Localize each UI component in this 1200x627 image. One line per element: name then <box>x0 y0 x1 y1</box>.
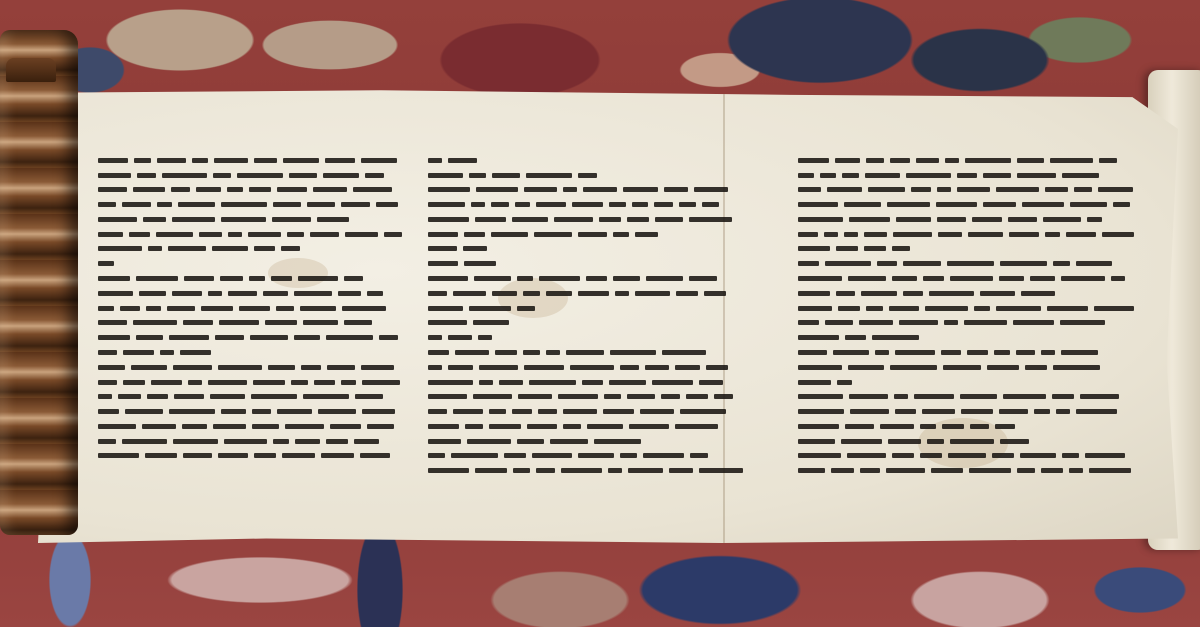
ink-word <box>1017 158 1044 163</box>
ink-word <box>98 453 139 458</box>
ink-word <box>479 365 518 370</box>
text-line <box>98 173 408 178</box>
ink-word <box>171 187 190 192</box>
ink-word <box>344 320 372 325</box>
ink-word <box>798 409 844 414</box>
text-line <box>798 454 1138 459</box>
ink-word <box>587 424 623 429</box>
text-line <box>798 468 1138 473</box>
ink-word <box>98 276 130 281</box>
ink-word <box>303 320 338 325</box>
ink-word <box>513 468 530 473</box>
ink-word <box>428 453 445 458</box>
ink-word <box>133 187 165 192</box>
ink-word <box>842 173 859 178</box>
ink-word <box>523 291 540 296</box>
ink-word <box>129 232 150 237</box>
ink-word <box>98 320 127 325</box>
ink-word <box>603 409 634 414</box>
ink-word <box>572 202 603 207</box>
ink-word <box>285 424 324 429</box>
text-line <box>428 158 748 163</box>
ink-word <box>428 217 469 222</box>
ink-word <box>367 291 383 296</box>
ink-word <box>301 365 321 370</box>
ink-word <box>214 158 248 163</box>
ink-word <box>1061 350 1098 355</box>
ink-word <box>920 453 942 458</box>
text-line <box>98 158 408 163</box>
ink-word <box>123 350 154 355</box>
ink-word <box>448 335 472 340</box>
text-line <box>428 188 748 193</box>
ink-word <box>512 217 548 222</box>
ink-word <box>379 335 398 340</box>
ink-word <box>848 276 886 281</box>
ink-word <box>699 468 743 473</box>
text-line <box>798 291 1138 296</box>
ink-word <box>903 291 923 296</box>
ink-word <box>489 409 506 414</box>
ink-word <box>345 232 378 237</box>
ink-word <box>353 187 392 192</box>
ink-word <box>361 365 394 370</box>
ink-word <box>220 276 243 281</box>
ink-word <box>798 276 842 281</box>
ink-word <box>344 276 363 281</box>
ink-word <box>1076 261 1112 266</box>
text-line <box>428 350 748 355</box>
ink-word <box>866 306 883 311</box>
ink-word <box>920 424 936 429</box>
ink-word <box>689 217 732 222</box>
ink-word <box>98 217 137 222</box>
ink-word <box>892 276 917 281</box>
ink-word <box>680 409 726 414</box>
text-column-1 <box>98 158 408 468</box>
text-line <box>428 395 748 400</box>
ink-word <box>652 380 693 385</box>
ink-word <box>157 158 186 163</box>
ink-word <box>448 365 473 370</box>
ink-word <box>1045 232 1060 237</box>
ink-word <box>960 394 997 399</box>
text-line <box>798 321 1138 326</box>
ink-word <box>968 232 1003 237</box>
ink-word <box>342 306 386 311</box>
ink-word <box>98 187 127 192</box>
ink-word <box>98 291 133 296</box>
ink-word <box>184 276 214 281</box>
ink-word <box>608 468 622 473</box>
ink-word <box>675 365 700 370</box>
ink-word <box>178 202 215 207</box>
ink-word <box>168 246 206 251</box>
text-line <box>798 202 1138 207</box>
ink-word <box>957 173 977 178</box>
ink-word <box>272 217 311 222</box>
ink-word <box>1094 306 1134 311</box>
ink-word <box>208 291 222 296</box>
ink-word <box>365 173 384 178</box>
ink-word <box>218 453 248 458</box>
ink-word <box>906 173 951 178</box>
ink-word <box>546 350 560 355</box>
ink-word <box>221 409 246 414</box>
ink-word <box>1066 232 1096 237</box>
ink-word <box>289 173 317 178</box>
ink-word <box>491 232 528 237</box>
ink-word <box>131 365 167 370</box>
ink-word <box>937 187 951 192</box>
ink-word <box>849 394 888 399</box>
text-line <box>98 380 408 385</box>
ink-word <box>464 232 485 237</box>
ink-word <box>219 320 259 325</box>
ink-word <box>428 439 461 444</box>
ink-word <box>475 217 506 222</box>
ink-word <box>836 246 858 251</box>
ink-word <box>295 439 320 444</box>
text-line <box>98 306 408 311</box>
text-line <box>798 439 1138 444</box>
ink-word <box>273 202 301 207</box>
ink-word <box>609 202 626 207</box>
text-line <box>98 291 408 296</box>
ink-word <box>321 453 354 458</box>
ink-word <box>1080 394 1119 399</box>
ink-word <box>957 187 990 192</box>
ink-word <box>143 217 166 222</box>
text-line <box>798 380 1138 385</box>
ink-word <box>886 468 925 473</box>
ink-word <box>361 158 397 163</box>
ink-word <box>669 468 693 473</box>
ink-word <box>627 217 649 222</box>
ink-word <box>655 217 683 222</box>
ink-word <box>922 409 955 414</box>
text-line <box>428 232 748 237</box>
ink-word <box>833 350 869 355</box>
text-column-2 <box>428 158 748 483</box>
ink-word <box>515 202 530 207</box>
text-line <box>428 276 748 281</box>
ink-word <box>570 365 614 370</box>
ink-word <box>1043 217 1081 222</box>
ink-word <box>916 158 939 163</box>
text-line <box>98 424 408 429</box>
ink-word <box>98 394 112 399</box>
text-line <box>798 261 1138 266</box>
ink-word <box>996 187 1039 192</box>
ink-word <box>965 158 1011 163</box>
ink-word <box>558 394 598 399</box>
ink-word <box>169 335 209 340</box>
text-line <box>798 276 1138 281</box>
text-line <box>98 202 408 207</box>
ink-word <box>892 453 914 458</box>
ink-word <box>473 320 509 325</box>
ink-word <box>123 380 145 385</box>
text-line <box>798 188 1138 193</box>
ink-word <box>307 202 335 207</box>
ink-word <box>903 261 941 266</box>
ink-word <box>254 158 277 163</box>
ink-word <box>620 453 637 458</box>
ink-word <box>583 187 617 192</box>
ink-word <box>836 291 855 296</box>
ink-word <box>367 424 394 429</box>
ink-word <box>142 424 176 429</box>
ink-word <box>894 394 908 399</box>
text-line <box>98 409 408 414</box>
ink-word <box>610 350 656 355</box>
text-line <box>98 321 408 326</box>
ink-word <box>491 202 509 207</box>
text-line <box>428 306 748 311</box>
ink-word <box>609 380 646 385</box>
ink-word <box>1069 468 1083 473</box>
ink-word <box>428 158 442 163</box>
ink-word <box>338 291 361 296</box>
ink-word <box>253 380 285 385</box>
ink-word <box>98 439 116 444</box>
ink-word <box>899 320 938 325</box>
ink-word <box>536 468 555 473</box>
ink-word <box>137 173 156 178</box>
ink-word <box>914 394 954 399</box>
text-line <box>798 173 1138 178</box>
ink-word <box>999 276 1024 281</box>
ink-word <box>887 202 930 207</box>
ink-word <box>992 453 1014 458</box>
ink-word <box>172 291 202 296</box>
ink-word <box>254 453 276 458</box>
ink-word <box>895 350 935 355</box>
ink-word <box>578 453 614 458</box>
ink-word <box>538 409 557 414</box>
ink-word <box>686 394 708 399</box>
ink-word <box>182 424 207 429</box>
ink-word <box>798 380 831 385</box>
ink-word <box>355 394 383 399</box>
ink-word <box>944 320 958 325</box>
ink-word <box>237 173 283 178</box>
ink-word <box>294 335 320 340</box>
ink-word <box>464 261 496 266</box>
text-line <box>428 202 748 207</box>
text-line <box>798 335 1138 340</box>
text-line <box>98 395 408 400</box>
ink-word <box>628 468 663 473</box>
ink-word <box>983 202 1016 207</box>
ink-word <box>360 453 390 458</box>
ink-word <box>798 350 827 355</box>
text-line <box>798 350 1138 355</box>
ink-word <box>586 276 607 281</box>
ink-word <box>160 350 174 355</box>
ink-word <box>376 202 398 207</box>
ink-word <box>970 424 989 429</box>
text-line <box>428 261 748 266</box>
ink-word <box>563 409 597 414</box>
ink-word <box>850 409 889 414</box>
ink-word <box>524 365 564 370</box>
scroll-parchment <box>38 88 1178 543</box>
ink-word <box>224 439 267 444</box>
ink-word <box>169 409 215 414</box>
ink-word <box>911 187 931 192</box>
ink-word <box>1013 320 1054 325</box>
ink-word <box>428 380 473 385</box>
ink-word <box>679 202 696 207</box>
ink-word <box>827 187 862 192</box>
ink-word <box>798 365 842 370</box>
ink-word <box>643 453 684 458</box>
ink-word <box>330 424 361 429</box>
ink-word <box>947 261 994 266</box>
ink-word <box>1008 217 1037 222</box>
ink-word <box>623 187 658 192</box>
ink-word <box>167 306 195 311</box>
ink-word <box>1099 158 1117 163</box>
ink-word <box>847 453 886 458</box>
ink-word <box>561 468 602 473</box>
ink-word <box>849 217 890 222</box>
ink-word <box>428 468 469 473</box>
text-line <box>98 276 408 281</box>
ink-word <box>341 202 370 207</box>
ink-word <box>183 320 213 325</box>
ink-word <box>228 232 242 237</box>
roller-cap <box>6 58 56 82</box>
ink-word <box>972 217 1002 222</box>
ink-word <box>354 439 379 444</box>
ink-word <box>877 261 897 266</box>
ink-word <box>640 409 674 414</box>
ink-word <box>453 409 483 414</box>
ink-word <box>798 232 818 237</box>
ink-word <box>798 394 843 399</box>
ink-word <box>287 232 304 237</box>
ink-word <box>613 232 629 237</box>
ink-word <box>303 394 349 399</box>
ink-word <box>173 365 212 370</box>
ink-word <box>474 276 511 281</box>
ink-word <box>98 424 136 429</box>
ink-word <box>865 173 900 178</box>
ink-word <box>864 232 887 237</box>
ink-word <box>945 158 959 163</box>
ink-word <box>825 320 853 325</box>
ink-word <box>798 217 843 222</box>
ink-word <box>866 158 884 163</box>
ink-word <box>478 335 492 340</box>
ink-word <box>1098 187 1133 192</box>
ink-word <box>471 202 485 207</box>
text-line <box>428 321 748 326</box>
ink-word <box>1087 217 1102 222</box>
ink-word <box>263 291 288 296</box>
text-line <box>428 468 748 473</box>
ink-word <box>942 424 964 429</box>
ink-word <box>277 409 312 414</box>
text-line <box>798 158 1138 163</box>
ink-word <box>896 217 931 222</box>
ink-word <box>890 365 937 370</box>
ink-word <box>983 173 1011 178</box>
ink-word <box>428 409 447 414</box>
ink-word <box>599 217 621 222</box>
ink-word <box>995 424 1015 429</box>
ink-word <box>689 276 717 281</box>
ink-word <box>950 276 993 281</box>
text-line <box>798 395 1138 400</box>
ink-word <box>283 158 319 163</box>
ink-word <box>798 246 830 251</box>
photo-scene <box>0 0 1200 627</box>
ink-word <box>133 320 177 325</box>
ink-word <box>824 232 838 237</box>
ink-word <box>1060 320 1105 325</box>
ink-word <box>120 306 140 311</box>
ink-word <box>98 173 131 178</box>
ink-word <box>252 409 271 414</box>
ink-word <box>455 350 489 355</box>
ink-word <box>1034 409 1050 414</box>
ink-word <box>428 320 467 325</box>
ink-word <box>249 276 265 281</box>
ink-word <box>704 291 726 296</box>
ink-word <box>664 187 688 192</box>
text-line <box>798 217 1138 222</box>
ink-word <box>1017 173 1056 178</box>
ink-word <box>845 424 874 429</box>
ink-word <box>1061 276 1105 281</box>
ink-word <box>929 291 974 296</box>
ink-word <box>676 291 698 296</box>
ink-word <box>227 187 243 192</box>
ink-word <box>146 306 161 311</box>
ink-word <box>428 335 442 340</box>
ink-word <box>613 276 640 281</box>
ink-word <box>428 173 463 178</box>
ink-word <box>318 409 356 414</box>
ink-word <box>529 380 576 385</box>
text-line <box>98 261 408 266</box>
ink-word <box>188 380 202 385</box>
ink-word <box>174 394 204 399</box>
text-line <box>798 409 1138 414</box>
text-line <box>428 173 748 178</box>
text-line <box>98 454 408 459</box>
ink-word <box>563 187 577 192</box>
ink-word <box>1030 276 1055 281</box>
ink-word <box>313 187 347 192</box>
ink-word <box>635 232 658 237</box>
ink-word <box>798 291 830 296</box>
ink-word <box>273 439 289 444</box>
text-line <box>98 350 408 355</box>
ink-word <box>517 306 535 311</box>
ink-word <box>936 202 977 207</box>
ink-word <box>996 306 1041 311</box>
ink-word <box>629 424 669 429</box>
ink-word <box>139 291 166 296</box>
ink-word <box>183 453 212 458</box>
ink-word <box>428 202 465 207</box>
ink-word <box>469 173 486 178</box>
